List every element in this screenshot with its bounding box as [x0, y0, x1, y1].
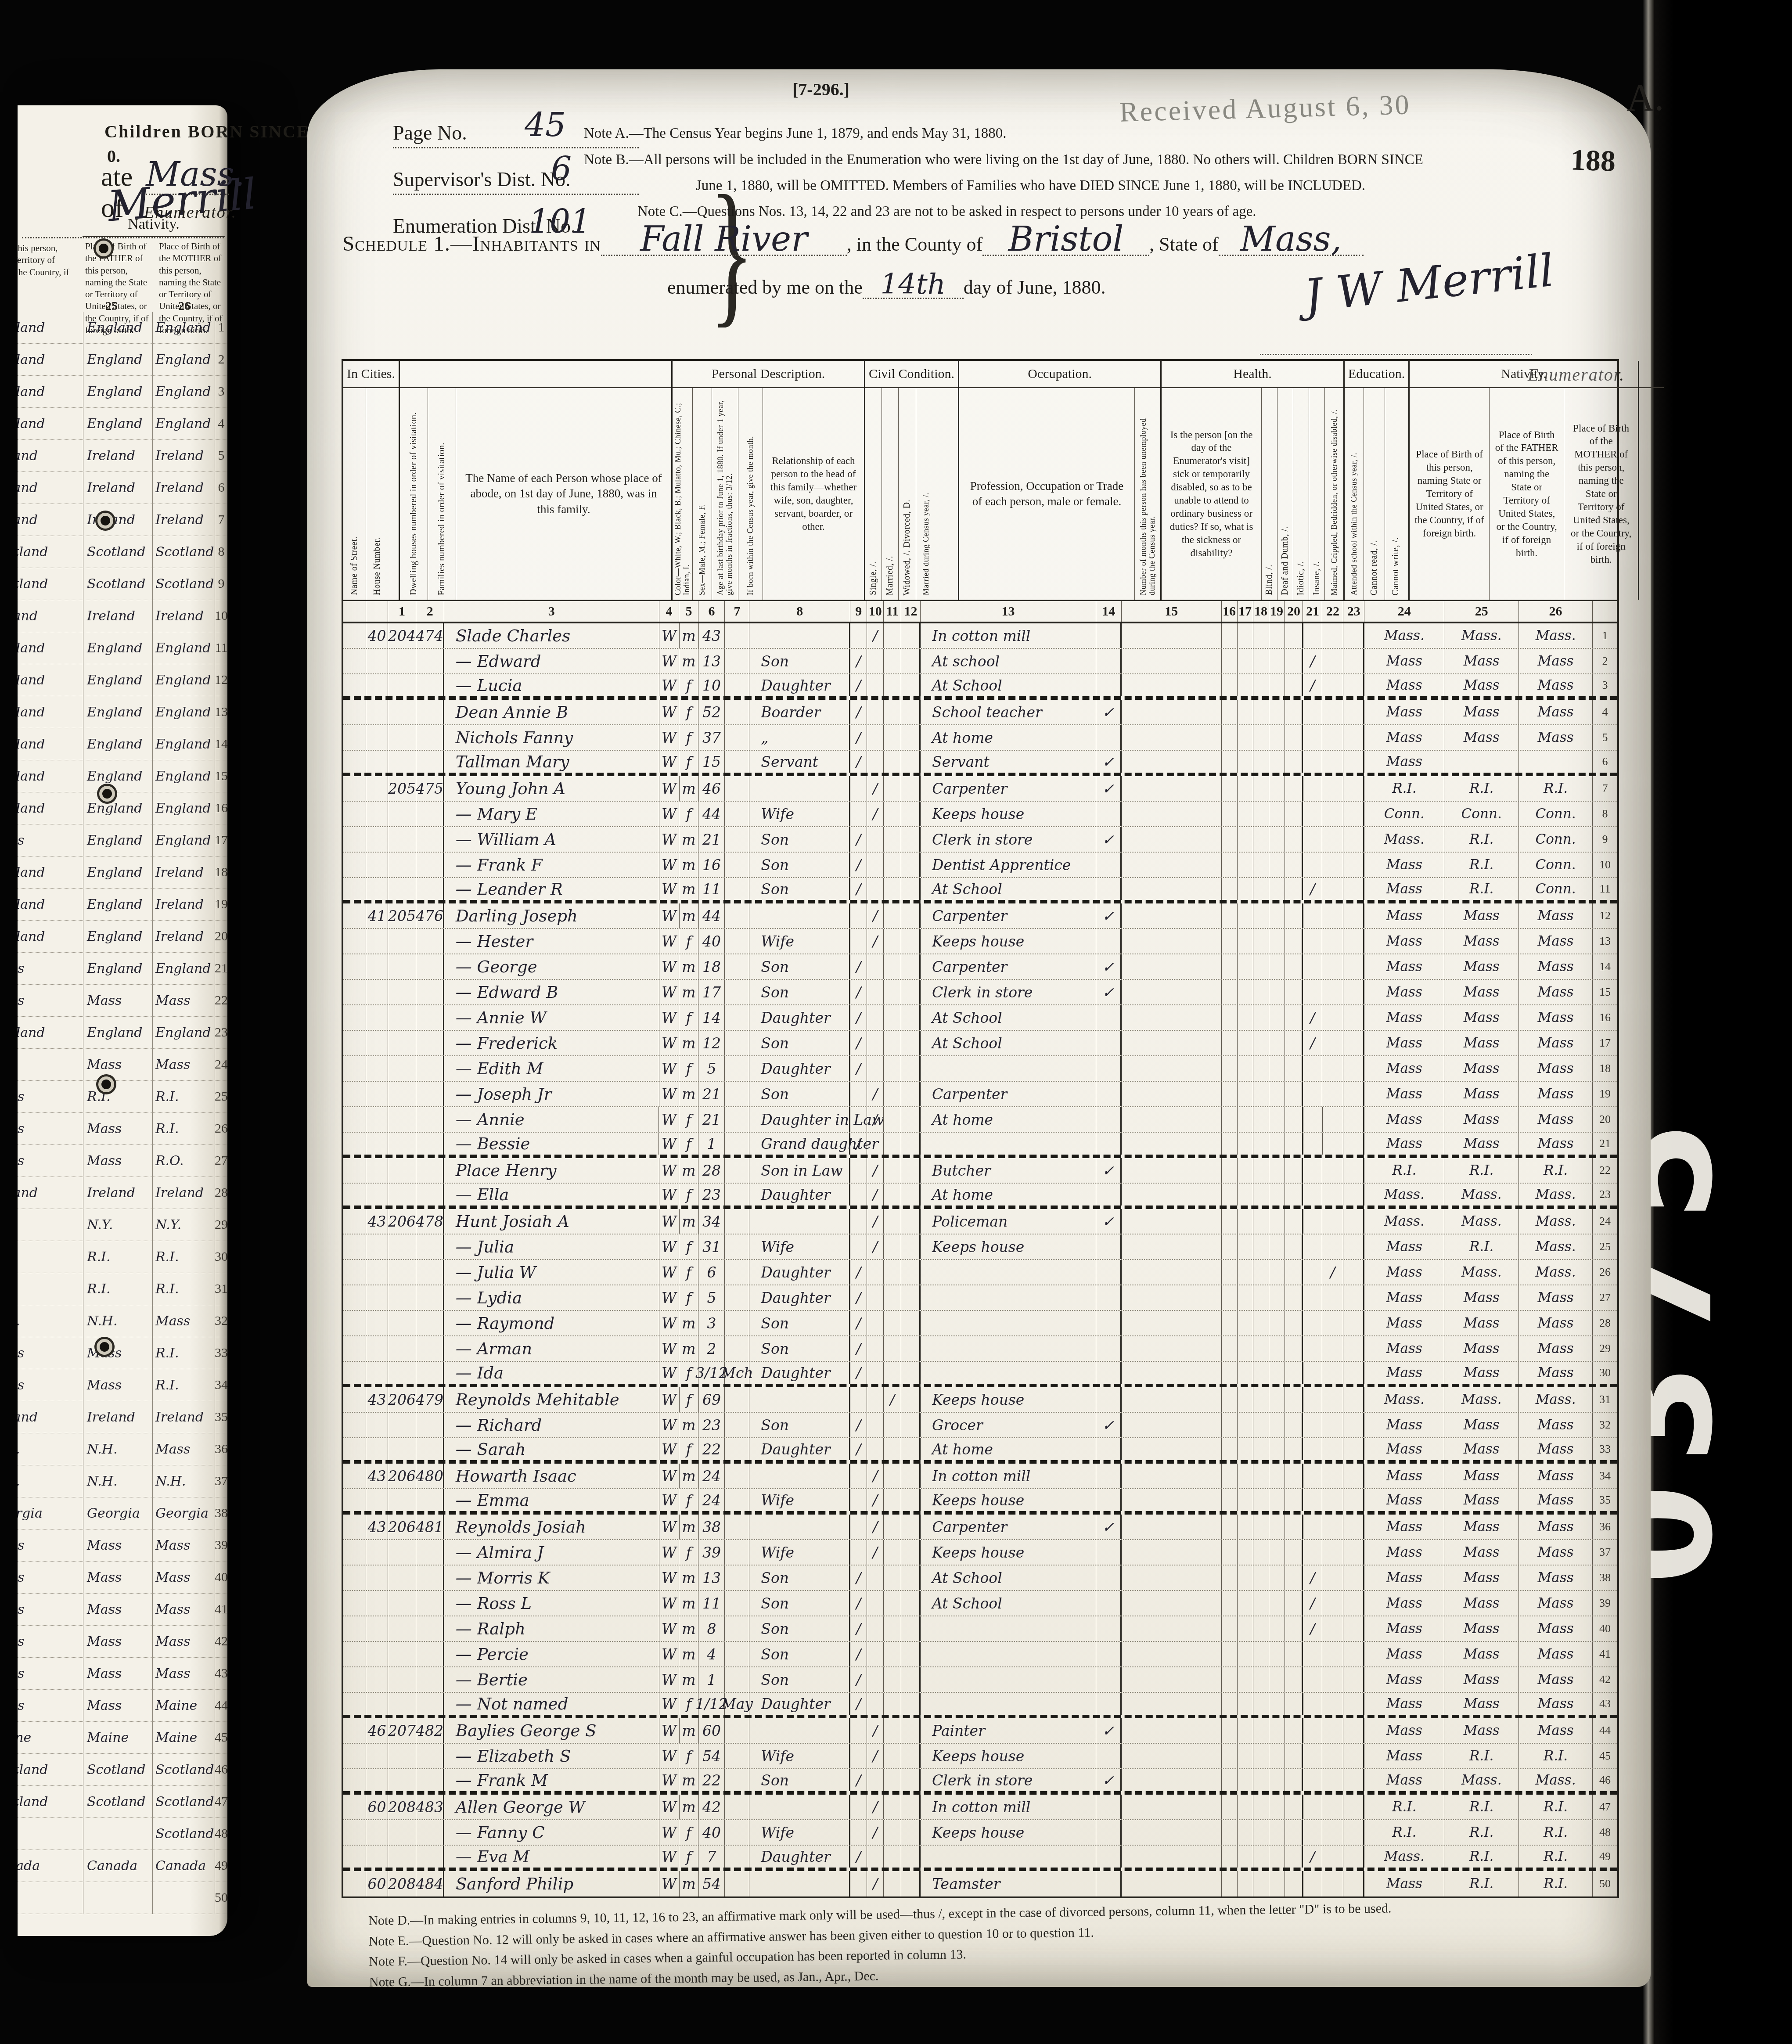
- cell-p25: Mass: [1444, 1133, 1519, 1155]
- cell-m: /: [867, 1515, 884, 1539]
- left-page-cell: Canada: [18, 1850, 83, 1882]
- cell-rel: Son: [749, 1413, 850, 1437]
- cell-a: 8: [698, 1616, 725, 1641]
- cell-n: 11: [1593, 878, 1617, 900]
- cell-p24: Mass: [1364, 649, 1444, 673]
- left-page-cell: Ireland: [153, 440, 215, 471]
- cell-p25: Mass: [1444, 1056, 1519, 1081]
- cell-i18: [1253, 1336, 1269, 1361]
- cell-wr: [1343, 1871, 1364, 1896]
- cell-i19: [1269, 1311, 1285, 1335]
- cell-p24: Mass: [1364, 1260, 1444, 1285]
- left-page-cell: England: [83, 921, 153, 952]
- col-house-header: House Number.: [366, 388, 388, 600]
- left-page-cell: N.H.: [18, 1305, 83, 1337]
- left-page-cell: N.H.: [83, 1433, 153, 1465]
- cell-sk: [1122, 623, 1222, 648]
- cell-dw: [388, 1820, 416, 1845]
- cell-m20: [1285, 1769, 1303, 1791]
- cell-my: [901, 751, 921, 773]
- enumerated-line: enumerated by me on the 14th day of June…: [667, 272, 1106, 299]
- left-page-cell: 46: [215, 1754, 227, 1785]
- cell-p24: Mass: [1364, 903, 1444, 928]
- cell-u: ✓: [1096, 903, 1122, 928]
- column-number: 17: [1238, 601, 1253, 622]
- cell-s: [850, 1820, 867, 1845]
- left-page-cell: R.I.: [18, 1273, 83, 1305]
- left-page-cell: Mass: [83, 1594, 153, 1625]
- left-page-cell: N.Y.: [18, 1209, 83, 1241]
- cell-mo: [725, 1846, 749, 1868]
- cell-fm: [416, 1107, 444, 1132]
- day-handwritten: 14th: [863, 272, 964, 299]
- cell-h: [366, 1540, 388, 1565]
- cell-sc: /: [1303, 674, 1322, 696]
- cell-p26: Mass.: [1519, 1234, 1593, 1259]
- cell-name: Darling Joseph: [444, 903, 659, 928]
- cell-occ: At School: [921, 1591, 1096, 1616]
- cell-sx: m: [680, 776, 699, 801]
- cell-dw: [388, 1744, 416, 1768]
- cell-i18: [1253, 954, 1269, 979]
- group-label: Personal Description.: [673, 361, 864, 388]
- cell-occ: [921, 1846, 1096, 1868]
- cell-occ: Carpenter: [921, 903, 1096, 928]
- cell-d17: [1238, 954, 1253, 979]
- cell-n: 44: [1593, 1718, 1617, 1743]
- cell-rel: Son: [749, 1642, 850, 1666]
- cell-m: /: [867, 1464, 884, 1488]
- cell-sc: [1303, 751, 1322, 773]
- cell-p25: Mass: [1444, 1489, 1519, 1511]
- cell-sc: [1303, 700, 1322, 724]
- cell-h: [366, 1260, 388, 1285]
- cell-i19: [1269, 1184, 1285, 1206]
- cell-p24: Mass: [1364, 1591, 1444, 1616]
- cell-p25: Mass: [1444, 1565, 1519, 1590]
- left-page-cell: Mass: [83, 1113, 153, 1144]
- cell-m20: [1285, 980, 1303, 1004]
- cell-b16: [1222, 1642, 1238, 1666]
- cell-i18: [1253, 1769, 1269, 1791]
- cell-h: 60: [366, 1795, 388, 1819]
- cell-h: [366, 954, 388, 979]
- cell-rd: [1322, 1820, 1343, 1845]
- cell-occ: Carpenter: [921, 954, 1096, 979]
- cell-n: 3: [1593, 674, 1617, 696]
- cell-dw: [388, 1082, 416, 1106]
- cell-a: 21: [698, 1107, 725, 1132]
- cell-c: W: [659, 1285, 680, 1310]
- cell-m20: [1285, 1871, 1303, 1896]
- cell-p24: Mass: [1364, 1565, 1444, 1590]
- cell-m20: [1285, 1642, 1303, 1666]
- left-page-cell: Mass: [83, 1562, 153, 1593]
- left-page-cell: England: [18, 408, 83, 439]
- cell-n: 37: [1593, 1540, 1617, 1565]
- cell-occ: Keeps house: [921, 802, 1096, 826]
- cell-sc: [1303, 1642, 1322, 1666]
- cell-sx: m: [679, 1311, 698, 1335]
- cell-rd: [1322, 929, 1343, 954]
- cell-d17: [1238, 878, 1253, 900]
- cell-p24: Mass: [1364, 674, 1444, 696]
- cell-occ: Keeps house: [921, 1540, 1096, 1565]
- left-page-cell: England: [153, 376, 215, 407]
- cell-u: [1096, 1082, 1122, 1106]
- cell-wr: [1343, 1616, 1364, 1641]
- cell-my: [901, 1769, 921, 1791]
- left-page-cell: Maine: [153, 1722, 215, 1753]
- cell-occ: In cotton mill: [921, 1795, 1096, 1819]
- cell-p25: Mass: [1444, 1438, 1519, 1460]
- left-page-row: ScotlandScotlandScotland46: [18, 1754, 227, 1786]
- cell-dw: [388, 1540, 416, 1565]
- cell-d17: [1238, 1311, 1253, 1335]
- left-page-cell: R.I.: [153, 1337, 215, 1369]
- left-page-cell: Ireland: [18, 1177, 83, 1209]
- cell-b16: [1222, 878, 1238, 900]
- cell-sc: /: [1303, 1591, 1322, 1616]
- cell-n: 42: [1593, 1667, 1617, 1692]
- cell-p26: Mass: [1519, 1565, 1593, 1590]
- cell-rd: [1322, 1413, 1343, 1437]
- cell-mo: [725, 623, 749, 648]
- cell-name: — Ralph: [444, 1616, 659, 1641]
- cell-w: [884, 827, 901, 852]
- cell-u: [1096, 1820, 1122, 1845]
- cell-fm: [416, 1565, 444, 1590]
- left-page-cell: Mass: [153, 1433, 215, 1465]
- cell-occ: Clerk in store: [921, 1769, 1096, 1791]
- cell-sc: [1303, 802, 1322, 826]
- cell-p24: Mass: [1364, 1667, 1444, 1692]
- group-dwelling-name: Dwelling houses numbered in order of vis…: [400, 361, 673, 600]
- cell-sk: [1122, 1209, 1222, 1234]
- cell-rd: [1322, 751, 1343, 773]
- county-handwritten: Bristol: [982, 224, 1149, 256]
- cell-rel: Wife: [749, 1489, 850, 1511]
- cell-dw: [388, 725, 416, 750]
- cell-occ: Keeps house: [921, 1744, 1096, 1768]
- cell-i18: [1253, 1260, 1269, 1285]
- cell-p24: Mass: [1364, 1005, 1444, 1030]
- cell-my: [901, 1515, 921, 1539]
- left-page-cell: Ireland: [83, 472, 153, 504]
- cell-name: — Annie W: [444, 1005, 659, 1030]
- cell-d17: [1238, 674, 1253, 696]
- col-sex-header: Sex—Male, M.; Female, F.: [693, 388, 712, 600]
- cell-p26: R.I.: [1519, 1871, 1593, 1896]
- cell-s: /: [850, 1005, 867, 1030]
- cell-p25: Mass.: [1444, 1184, 1519, 1206]
- cell-c: W: [659, 1667, 680, 1692]
- cell-u: [1096, 1387, 1122, 1412]
- cell-b16: [1222, 1769, 1238, 1791]
- cell-fm: [416, 929, 444, 954]
- cell-i19: [1269, 1769, 1285, 1791]
- cell-i19: [1269, 1591, 1285, 1616]
- left-page-cell: Maine: [83, 1722, 153, 1753]
- cell-s: /: [850, 649, 867, 673]
- cell-wr: [1343, 1082, 1364, 1106]
- cell-m: [867, 1846, 884, 1868]
- cell-p24: Mass: [1364, 725, 1444, 750]
- cell-rel: „: [749, 725, 850, 750]
- cell-a: 12: [698, 1031, 725, 1055]
- cell-sx: m: [680, 903, 699, 928]
- cell-sx: f: [679, 1133, 698, 1155]
- left-page-cell: England: [83, 953, 153, 984]
- left-page-row: EnglandEnglandEngland13: [18, 696, 227, 728]
- cell-u: [1096, 1616, 1122, 1641]
- cell-h: 46: [366, 1718, 388, 1743]
- cell-i18: [1253, 623, 1269, 648]
- cell-sc: [1303, 1871, 1323, 1896]
- cell-c: W: [659, 1438, 680, 1460]
- cell-sc: /: [1303, 878, 1322, 900]
- cell-u: [1096, 1336, 1122, 1361]
- cell-i18: [1253, 802, 1269, 826]
- cell-h: [366, 700, 388, 724]
- cell-i19: [1269, 1515, 1285, 1539]
- left-page-cell: Ireland: [153, 1401, 215, 1433]
- cell-n: 32: [1593, 1413, 1617, 1437]
- cell-mo: [725, 1387, 749, 1412]
- left-page-cell: R.I.: [153, 1241, 215, 1273]
- cell-my: [901, 1336, 921, 1361]
- cell-sk: [1122, 1234, 1222, 1259]
- column-number: 4: [659, 601, 680, 622]
- form-code: [7-296.]: [751, 79, 891, 100]
- table-row: Dean Annie BWf52Boarder/School teacher✓M…: [343, 700, 1617, 725]
- cell-name: Reynolds Josiah: [444, 1515, 659, 1539]
- cell-s: [850, 1489, 867, 1511]
- cell-wr: [1343, 1591, 1364, 1616]
- state-handwritten: Mass,: [1219, 224, 1364, 256]
- cell-p25: [1444, 751, 1519, 773]
- cell-a: 69: [699, 1387, 725, 1412]
- cell-rd: [1322, 674, 1343, 696]
- cell-name: Tallman Mary: [444, 751, 659, 773]
- cell-occ: Policeman: [921, 1209, 1096, 1234]
- cell-i18: [1253, 1387, 1269, 1412]
- group-label: Health.: [1162, 361, 1343, 388]
- cell-name: Nichols Fanny: [444, 725, 659, 750]
- cell-rd: [1322, 1846, 1343, 1868]
- cell-dw: 204: [388, 623, 416, 648]
- cell-b16: [1222, 649, 1238, 673]
- cell-sk: [1122, 1056, 1222, 1081]
- cell-m20: [1285, 700, 1303, 724]
- column-number: 23: [1343, 601, 1364, 622]
- cell-n: 27: [1593, 1285, 1617, 1310]
- cell-m: [867, 1642, 884, 1666]
- col-cannot-read-header: Cannot read, /.: [1364, 388, 1385, 600]
- cell-u: [1096, 1260, 1122, 1285]
- cell-s: /: [850, 751, 867, 773]
- cell-a: 38: [699, 1515, 725, 1539]
- left-page-cell: 32: [215, 1305, 227, 1337]
- cell-m: [867, 1362, 884, 1384]
- left-page-cell: Ireland: [153, 889, 215, 920]
- cell-occ: At School: [921, 1005, 1096, 1030]
- group-label-empty: [400, 361, 671, 388]
- cell-wr: [1343, 1769, 1364, 1791]
- left-page-cell: Ireland: [18, 600, 83, 632]
- cell-mo: [725, 1464, 749, 1488]
- cell-a: 54: [698, 1744, 725, 1768]
- cell-mo: [725, 853, 749, 877]
- cell-n: 30: [1593, 1362, 1617, 1384]
- cell-name: — Raymond: [444, 1311, 659, 1335]
- cell-w: [884, 1413, 901, 1437]
- cell-s: /: [850, 1769, 867, 1791]
- cell-sk: [1122, 1464, 1222, 1488]
- cell-my: [901, 1362, 921, 1384]
- cell-wr: [1343, 1820, 1364, 1845]
- cell-my: [901, 1005, 921, 1030]
- cell-my: [901, 853, 921, 877]
- cell-a: 17: [698, 980, 725, 1004]
- cell-b16: [1222, 1489, 1238, 1511]
- left-page-cell: Ireland: [18, 1401, 83, 1433]
- cell-m: /: [867, 1234, 884, 1259]
- cell-p25: R.I.: [1444, 853, 1519, 877]
- cell-a: 5: [698, 1285, 725, 1310]
- cell-rd: [1322, 1336, 1343, 1361]
- cell-sk: [1122, 1718, 1222, 1743]
- col-unemployed-header: Number of months this person has been un…: [1135, 388, 1160, 600]
- table-row: 43206478Hunt Josiah AWm34/Policeman✓Mass…: [343, 1209, 1617, 1234]
- cell-p25: R.I.: [1444, 1744, 1519, 1768]
- cell-d17: [1238, 1693, 1253, 1715]
- cell-b16: [1222, 929, 1238, 954]
- cell-c: W: [659, 1464, 680, 1488]
- left-page-cell: England: [18, 376, 83, 407]
- cell-fm: [416, 954, 444, 979]
- left-page-cell: Scotland: [18, 1786, 83, 1817]
- left-page-cell: R.I.: [153, 1369, 215, 1401]
- cell-c: W: [659, 878, 680, 900]
- cell-st: [343, 776, 366, 801]
- cell-s: [850, 929, 867, 954]
- left-page-row: EnglandEnglandEngland3: [18, 376, 227, 408]
- cell-sx: f: [679, 1489, 698, 1511]
- cell-my: [901, 725, 921, 750]
- cell-mo: [725, 1311, 749, 1335]
- cell-w: [884, 1565, 901, 1590]
- cell-p24: Mass: [1364, 1540, 1444, 1565]
- left-page-cell: Mass: [153, 1529, 215, 1561]
- cell-a: 28: [698, 1158, 725, 1183]
- cell-u: [1096, 1871, 1122, 1896]
- cell-m: [867, 878, 884, 900]
- cell-wr: [1343, 827, 1364, 852]
- cell-b16: [1222, 1616, 1238, 1641]
- cell-rd: [1322, 1031, 1343, 1055]
- cell-i19: [1269, 649, 1285, 673]
- cell-n: 34: [1593, 1464, 1617, 1488]
- left-page-cell: R.I.: [18, 1049, 83, 1080]
- cell-dw: [388, 1107, 416, 1132]
- cell-i19: [1269, 853, 1285, 877]
- cell-rel: Daughter in Law: [749, 1107, 850, 1132]
- cell-i18: [1253, 1209, 1269, 1234]
- cell-d17: [1238, 1515, 1253, 1539]
- cell-rd: [1322, 1285, 1343, 1310]
- cell-mo: [725, 776, 749, 801]
- left-page-cell: N.H.: [83, 1465, 153, 1497]
- cell-name: — Mary E: [444, 802, 659, 826]
- cell-rel: [749, 1795, 850, 1819]
- left-page-row: CanadaCanadaCanada49: [18, 1850, 227, 1882]
- cell-p26: Mass.: [1519, 623, 1593, 648]
- left-page-cell: R.I.: [83, 1241, 153, 1273]
- cell-sx: f: [679, 1005, 698, 1030]
- cell-sc: [1303, 725, 1322, 750]
- cell-occ: [921, 1260, 1096, 1285]
- cell-st: [343, 1489, 366, 1511]
- cell-b16: [1222, 1336, 1238, 1361]
- cell-p24: R.I.: [1364, 1820, 1444, 1845]
- cell-i19: [1269, 1693, 1285, 1715]
- cell-rd: [1322, 1871, 1343, 1896]
- cell-a: 18: [698, 954, 725, 979]
- cell-a: 5: [698, 1056, 725, 1081]
- left-page-cell: R.I.: [153, 1273, 215, 1305]
- cell-b16: [1222, 1285, 1238, 1310]
- cell-rd: [1322, 954, 1343, 979]
- cell-n: 47: [1593, 1795, 1617, 1819]
- cell-w: [884, 1056, 901, 1081]
- cell-sc: [1303, 1464, 1323, 1488]
- cell-p24: Mass: [1364, 1515, 1444, 1539]
- cell-name: — Sarah: [444, 1438, 659, 1460]
- cell-w: [884, 674, 901, 696]
- left-page-cell: N.Y.: [153, 1209, 215, 1241]
- cell-h: 43: [366, 1515, 388, 1539]
- cell-a: 40: [698, 1820, 725, 1845]
- cell-dw: [388, 1489, 416, 1511]
- cell-b16: [1222, 1413, 1238, 1437]
- cell-p25: Mass: [1444, 1616, 1519, 1641]
- cell-rel: [749, 623, 850, 648]
- cell-m: /: [867, 1158, 884, 1183]
- cell-w: /: [884, 1387, 901, 1412]
- cell-sk: [1122, 1744, 1222, 1768]
- group-health: Health. Is the person [on the day of the…: [1162, 361, 1345, 600]
- cell-sx: f: [679, 1820, 698, 1845]
- cell-mo: [725, 1285, 749, 1310]
- cell-p25: Mass: [1444, 1718, 1519, 1743]
- cell-sk: [1122, 1184, 1222, 1206]
- cell-i18: [1253, 929, 1269, 954]
- cell-p24: R.I.: [1364, 776, 1444, 801]
- cell-c: W: [659, 1413, 680, 1437]
- cell-name: — Ross L: [444, 1591, 659, 1616]
- left-page-cell: Canada: [153, 1850, 215, 1882]
- cell-p26: Mass: [1519, 1642, 1593, 1666]
- place-handwritten: Fall River: [601, 224, 847, 256]
- col-insane-header: Insane, /.: [1309, 388, 1325, 600]
- cell-i19: [1269, 1056, 1285, 1081]
- cell-sc: [1303, 1820, 1322, 1845]
- page-no-value: 45: [525, 106, 566, 144]
- binder-ring: [98, 1076, 114, 1092]
- left-page-row: EnglandEnglandEngland4: [18, 408, 227, 440]
- cell-name: — Elizabeth S: [444, 1744, 659, 1768]
